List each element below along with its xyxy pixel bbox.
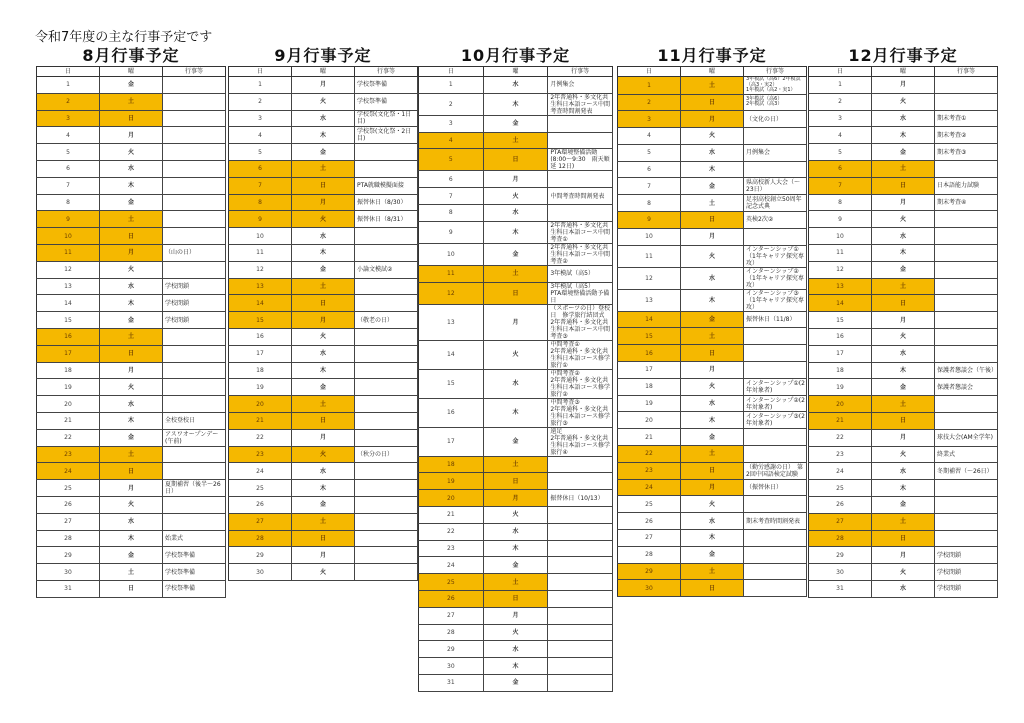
weekday-cell: 月 <box>292 429 355 446</box>
table-row: 19金 <box>229 379 418 396</box>
event-cell <box>548 590 613 607</box>
month-december: 12月行事予定 日 曜 行事等 1月2火3水期末考査①4木期末考査②5金期末考査… <box>808 46 998 598</box>
event-cell: PTA就職模擬面接 <box>355 177 418 194</box>
day-cell: 15 <box>229 312 292 329</box>
event-cell <box>548 540 613 557</box>
table-row: 17金遠足 2年普通科・多文化共生科日本語コース修学旅行④ <box>419 427 613 456</box>
weekday-cell: 木 <box>100 412 163 429</box>
event-cell: 遠足 2年普通科・多文化共生科日本語コース修学旅行④ <box>548 427 613 456</box>
table-row: 29水 <box>419 641 613 658</box>
weekday-cell: 月 <box>292 547 355 564</box>
table-row: 18木 <box>229 362 418 379</box>
weekday-cell: 木 <box>292 362 355 379</box>
event-cell: 学校閉鎖 <box>163 312 226 329</box>
table-row: 17水 <box>809 345 998 362</box>
day-cell: 17 <box>419 427 484 456</box>
day-cell: 10 <box>229 228 292 245</box>
event-cell <box>935 496 998 513</box>
weekday-cell: 土 <box>100 93 163 110</box>
column-header-dow: 曜 <box>100 67 163 77</box>
day-cell: 8 <box>229 194 292 211</box>
table-row: 30木 <box>419 658 613 675</box>
schedule-table: 日 曜 行事等 1土3年模試（高6）2年模試（高3・実2） 1年模試（高2・実1… <box>617 66 807 597</box>
weekday-cell: 水 <box>100 160 163 177</box>
event-cell <box>163 110 226 127</box>
table-row: 28火 <box>419 624 613 641</box>
table-row: 2火 <box>809 93 998 110</box>
weekday-cell: 日 <box>681 345 744 362</box>
table-row: 11木 <box>229 244 418 261</box>
table-row: 4木学校祭(文化祭・2日目) <box>229 127 418 144</box>
event-cell: 県高校新人大会（～23日） <box>744 178 807 195</box>
weekday-cell: 土 <box>100 564 163 581</box>
weekday-cell: 金 <box>872 144 935 161</box>
weekday-cell: 月 <box>681 479 744 496</box>
table-row: 17月 <box>618 362 807 379</box>
event-cell <box>163 160 226 177</box>
weekday-cell: 日 <box>681 94 744 111</box>
weekday-cell: 木 <box>100 295 163 312</box>
table-row: 16火 <box>809 328 998 345</box>
weekday-cell: 木 <box>292 480 355 497</box>
weekday-cell: 日 <box>100 345 163 362</box>
column-header-event: 行事等 <box>744 67 807 77</box>
day-cell: 16 <box>419 398 484 427</box>
event-cell <box>548 523 613 540</box>
day-cell: 12 <box>618 267 681 289</box>
weekday-cell: 水 <box>292 345 355 362</box>
day-cell: 15 <box>809 312 872 329</box>
table-row: 10水 <box>809 228 998 245</box>
day-cell: 27 <box>229 513 292 530</box>
table-row: 21金 <box>618 429 807 446</box>
event-cell: 3年模試（高6） 2年模試（高3） <box>744 94 807 111</box>
weekday-cell: 火 <box>100 261 163 278</box>
table-row: 9日英検2次② <box>618 212 807 229</box>
weekday-cell: 土 <box>681 195 744 212</box>
table-row: 6水 <box>37 160 226 177</box>
event-cell: 期末考査② <box>935 127 998 144</box>
weekday-cell: 木 <box>681 161 744 178</box>
event-cell <box>548 557 613 574</box>
event-cell <box>163 496 226 513</box>
event-cell: 期末考査④ <box>935 194 998 211</box>
event-cell: （秋分の日） <box>355 446 418 463</box>
day-cell: 20 <box>419 490 484 507</box>
day-cell: 12 <box>809 261 872 278</box>
table-row: 28木始業式 <box>37 530 226 547</box>
day-cell: 2 <box>809 93 872 110</box>
table-row: 16日 <box>618 345 807 362</box>
day-cell: 8 <box>809 194 872 211</box>
day-cell: 19 <box>618 395 681 412</box>
event-cell <box>935 480 998 497</box>
column-header-day: 日 <box>618 67 681 77</box>
day-cell: 2 <box>229 93 292 110</box>
day-cell: 1 <box>809 77 872 94</box>
day-cell: 21 <box>809 412 872 429</box>
table-row: 3水学校祭(文化祭・1日目) <box>229 110 418 127</box>
day-cell: 19 <box>809 379 872 396</box>
table-row: 26水期末考査時間割発表 <box>618 513 807 530</box>
weekday-cell: 金 <box>100 547 163 564</box>
table-row: 9火 <box>809 211 998 228</box>
weekday-cell: 金 <box>292 144 355 161</box>
weekday-cell: 木 <box>681 289 744 311</box>
day-cell: 7 <box>809 177 872 194</box>
event-cell <box>163 345 226 362</box>
weekday-cell: 火 <box>681 378 744 395</box>
weekday-cell: 水 <box>681 267 744 289</box>
day-cell: 28 <box>809 530 872 547</box>
event-cell <box>355 278 418 295</box>
weekday-cell: 水 <box>483 523 548 540</box>
column-header-event: 行事等 <box>355 67 418 77</box>
event-cell <box>355 463 418 480</box>
table-row: 25月夏期補習（後半～26日） <box>37 480 226 497</box>
day-cell: 30 <box>37 564 100 581</box>
day-cell: 3 <box>809 110 872 127</box>
event-cell <box>355 160 418 177</box>
table-row: 10日 <box>37 228 226 245</box>
day-cell: 6 <box>809 160 872 177</box>
weekday-cell: 月 <box>681 111 744 128</box>
weekday-cell: 木 <box>483 658 548 675</box>
event-cell <box>744 161 807 178</box>
table-row: 9火振替休日（8/31） <box>229 211 418 228</box>
table-row: 24水冬期補習（～26日） <box>809 463 998 480</box>
table-row: 16火 <box>229 328 418 345</box>
day-cell: 14 <box>37 295 100 312</box>
day-cell: 27 <box>618 530 681 547</box>
day-cell: 26 <box>37 496 100 513</box>
day-cell: 4 <box>809 127 872 144</box>
weekday-cell: 火 <box>483 624 548 641</box>
day-cell: 19 <box>229 379 292 396</box>
day-cell: 15 <box>419 369 484 398</box>
day-cell: 9 <box>229 211 292 228</box>
event-cell <box>744 446 807 463</box>
event-cell: （敬老の日） <box>355 312 418 329</box>
weekday-cell: 木 <box>100 530 163 547</box>
table-row: 8土足羽高校創立50周年記念式典 <box>618 195 807 212</box>
day-cell: 18 <box>618 378 681 395</box>
event-cell: 月例集会 <box>744 144 807 161</box>
day-cell: 12 <box>229 261 292 278</box>
table-row: 12水インターンシップ②（1年キャリア探究専攻） <box>618 267 807 289</box>
table-row: 5金期末考査③ <box>809 144 998 161</box>
table-row: 8月期末考査④ <box>809 194 998 211</box>
weekday-cell: 月 <box>872 429 935 446</box>
event-cell: 学校祭(文化祭・2日目) <box>355 127 418 144</box>
table-row: 15月（敬老の日） <box>229 312 418 329</box>
day-cell: 20 <box>618 412 681 429</box>
event-cell: 中間考査③ 2年普通科・多文化共生科日本語コース修学旅行③ <box>548 398 613 427</box>
day-cell: 25 <box>229 480 292 497</box>
weekday-cell: 土 <box>681 563 744 580</box>
day-cell: 25 <box>37 480 100 497</box>
day-cell: 5 <box>37 144 100 161</box>
day-cell: 11 <box>229 244 292 261</box>
weekday-cell: 金 <box>100 194 163 211</box>
weekday-cell: 月 <box>681 228 744 245</box>
table-row: 29月学校閉鎖 <box>809 547 998 564</box>
weekday-cell: 金 <box>292 496 355 513</box>
weekday-cell: 木 <box>872 362 935 379</box>
table-row: 25木 <box>809 480 998 497</box>
weekday-cell: 土 <box>100 328 163 345</box>
weekday-cell: 水 <box>483 77 548 94</box>
event-cell: 保護者懇談会 <box>935 379 998 396</box>
event-cell <box>163 396 226 413</box>
event-cell <box>355 480 418 497</box>
weekday-cell: 水 <box>872 228 935 245</box>
column-header-dow: 曜 <box>872 67 935 77</box>
weekday-cell: 金 <box>483 427 548 456</box>
weekday-cell: 木 <box>292 127 355 144</box>
weekday-cell: 月 <box>292 312 355 329</box>
event-cell: 始業式 <box>163 530 226 547</box>
day-cell: 22 <box>809 429 872 446</box>
day-cell: 22 <box>419 523 484 540</box>
weekday-cell: 日 <box>872 295 935 312</box>
weekday-cell: 火 <box>292 446 355 463</box>
weekday-cell: 月 <box>872 194 935 211</box>
table-row: 27土 <box>809 513 998 530</box>
event-cell <box>355 547 418 564</box>
table-row: 26日 <box>419 590 613 607</box>
table-row: 23日（勤労感謝の日） 第2回中国語検定試験 <box>618 462 807 479</box>
weekday-cell: 火 <box>872 446 935 463</box>
weekday-cell: 木 <box>483 93 548 115</box>
table-row: 14火中間考査① 2年普通科・多文化共生科日本語コース修学旅行① <box>419 340 613 369</box>
column-header-day: 日 <box>419 67 484 77</box>
event-cell <box>355 429 418 446</box>
event-cell <box>355 396 418 413</box>
day-cell: 10 <box>618 228 681 245</box>
weekday-cell: 火 <box>483 506 548 523</box>
event-cell <box>935 328 998 345</box>
day-cell: 23 <box>229 446 292 463</box>
weekday-cell: 水 <box>483 641 548 658</box>
table-row: 19金保護者懇談会 <box>809 379 998 396</box>
weekday-cell: 木 <box>681 530 744 547</box>
weekday-cell: 火 <box>292 93 355 110</box>
weekday-cell: 水 <box>872 463 935 480</box>
table-row: 22金アスワオープンデー(午前) <box>37 429 226 446</box>
day-cell: 17 <box>618 362 681 379</box>
day-cell: 28 <box>37 530 100 547</box>
day-cell: 7 <box>229 177 292 194</box>
weekday-cell: 金 <box>872 496 935 513</box>
table-row: 6土 <box>229 160 418 177</box>
table-row: 15月 <box>809 312 998 329</box>
day-cell: 21 <box>618 429 681 446</box>
column-header-day: 日 <box>37 67 100 77</box>
table-row: 27土 <box>229 513 418 530</box>
weekday-cell: 火 <box>872 328 935 345</box>
weekday-cell: 日 <box>100 110 163 127</box>
table-row: 8月振替休日（8/30） <box>229 194 418 211</box>
event-cell <box>548 607 613 624</box>
table-row: 16土 <box>37 328 226 345</box>
table-row: 15金学校閉鎖 <box>37 312 226 329</box>
column-header-event: 行事等 <box>935 67 998 77</box>
table-row: 11木 <box>809 244 998 261</box>
event-cell: 球技大会(AM全学年) <box>935 429 998 446</box>
day-cell: 3 <box>37 110 100 127</box>
day-cell: 29 <box>809 547 872 564</box>
day-cell: 2 <box>419 93 484 115</box>
event-cell <box>935 244 998 261</box>
event-cell: アスワオープンデー(午前) <box>163 429 226 446</box>
table-row: 11土3年模試（高5） <box>419 265 613 282</box>
table-row: 31水学校閉鎖 <box>809 580 998 597</box>
table-row: 1月学校祭準備 <box>229 77 418 94</box>
day-cell: 20 <box>37 396 100 413</box>
table-row: 13土 <box>809 278 998 295</box>
event-cell <box>548 204 613 221</box>
table-row: 9木2年普通科・多文化共生科日本語コース中間考査① <box>419 221 613 243</box>
weekday-cell: 金 <box>681 178 744 195</box>
day-cell: 13 <box>809 278 872 295</box>
weekday-cell: 日 <box>100 228 163 245</box>
table-row: 30火 <box>229 564 418 581</box>
event-cell: 2年普通科・多文化共生科日本語コース中間考査② <box>548 243 613 265</box>
weekday-cell: 水 <box>872 345 935 362</box>
table-row: 2木2年普通科・多文化共生科日本語コース中間考査時間割発表 <box>419 93 613 115</box>
event-cell: 中間考査時間割発表 <box>548 188 613 205</box>
table-row: 30火学校閉鎖 <box>809 564 998 581</box>
event-cell <box>355 496 418 513</box>
weekday-cell: 月 <box>100 127 163 144</box>
weekday-cell: 水 <box>681 513 744 530</box>
day-cell: 11 <box>809 244 872 261</box>
event-cell: 3年模試（高5） <box>548 265 613 282</box>
event-cell <box>163 211 226 228</box>
schedule-table: 日 曜 行事等 1金2土3日4月5火6水7木8金9土10日11月（山の日）12火… <box>36 66 226 598</box>
event-cell <box>935 295 998 312</box>
event-cell: 学校閉鎖 <box>163 278 226 295</box>
table-row: 18土 <box>419 456 613 473</box>
day-cell: 14 <box>809 295 872 312</box>
table-row: 22水 <box>419 523 613 540</box>
day-cell: 22 <box>37 429 100 446</box>
day-cell: 28 <box>229 530 292 547</box>
table-row: 6木 <box>618 161 807 178</box>
day-cell: 25 <box>419 574 484 591</box>
table-row: 5火 <box>37 144 226 161</box>
table-row: 6月 <box>419 171 613 188</box>
table-row: 4月 <box>37 127 226 144</box>
day-cell: 26 <box>419 590 484 607</box>
table-row: 22土 <box>618 446 807 463</box>
event-cell <box>548 171 613 188</box>
table-row: 14金振替休日（11/8） <box>618 311 807 328</box>
month-october: 10月行事予定 日 曜 行事等 1水月例集会2木2年普通科・多文化共生科日本語コ… <box>418 46 613 692</box>
weekday-cell: 火 <box>872 93 935 110</box>
event-cell: 保護者懇談会（午後） <box>935 362 998 379</box>
weekday-cell: 月 <box>483 490 548 507</box>
event-cell: （スポーツの日）登校日 修学旅行結団式 2年普通科・多文化共生科日本語コース中間… <box>548 304 613 340</box>
table-row: 8水 <box>419 204 613 221</box>
day-cell: 22 <box>229 429 292 446</box>
weekday-cell: 日 <box>483 473 548 490</box>
weekday-cell: 日 <box>292 295 355 312</box>
column-header-dow: 曜 <box>681 67 744 77</box>
weekday-cell: 金 <box>100 77 163 94</box>
day-cell: 27 <box>809 513 872 530</box>
weekday-cell: 月 <box>483 304 548 340</box>
table-row: 11月（山の日） <box>37 244 226 261</box>
day-cell: 22 <box>618 446 681 463</box>
event-cell: PTA環境整備活動(8:00～9:30 雨天順延 12日) <box>548 149 613 171</box>
event-cell <box>163 513 226 530</box>
day-cell: 30 <box>618 580 681 597</box>
day-cell: 9 <box>809 211 872 228</box>
weekday-cell: 日 <box>681 212 744 229</box>
day-cell: 2 <box>618 94 681 111</box>
table-row: 14日 <box>229 295 418 312</box>
day-cell: 13 <box>618 289 681 311</box>
table-row: 9土 <box>37 211 226 228</box>
table-row: 4火 <box>618 128 807 145</box>
table-row: 31金 <box>419 674 613 691</box>
table-row: 26金 <box>809 496 998 513</box>
table-row: 7火中間考査時間割発表 <box>419 188 613 205</box>
table-row: 23木 <box>419 540 613 557</box>
weekday-cell: 月 <box>292 77 355 94</box>
event-cell: 日本語能力試験 <box>935 177 998 194</box>
day-cell: 16 <box>37 328 100 345</box>
event-cell <box>163 328 226 345</box>
month-november: 11月行事予定 日 曜 行事等 1土3年模試（高6）2年模試（高3・実2） 1年… <box>617 46 807 597</box>
day-cell: 6 <box>229 160 292 177</box>
day-cell: 25 <box>809 480 872 497</box>
weekday-cell: 土 <box>483 132 548 149</box>
weekday-cell: 木 <box>872 244 935 261</box>
day-cell: 24 <box>37 463 100 480</box>
event-cell <box>163 228 226 245</box>
event-cell <box>163 127 226 144</box>
weekday-cell: 火 <box>100 144 163 161</box>
table-row: 22月 <box>229 429 418 446</box>
table-row: 7日日本語能力試験 <box>809 177 998 194</box>
table-row: 22月球技大会(AM全学年) <box>809 429 998 446</box>
table-row: 31日学校祭準備 <box>37 580 226 597</box>
day-cell: 29 <box>618 563 681 580</box>
weekday-cell: 水 <box>483 369 548 398</box>
table-row: 19日 <box>419 473 613 490</box>
day-cell: 8 <box>618 195 681 212</box>
event-cell: 冬期補習（～26日） <box>935 463 998 480</box>
day-cell: 8 <box>419 204 484 221</box>
table-row: 7木 <box>37 177 226 194</box>
day-cell: 29 <box>419 641 484 658</box>
day-cell: 1 <box>618 77 681 95</box>
weekday-cell: 土 <box>872 278 935 295</box>
table-row: 24日 <box>37 463 226 480</box>
event-cell <box>355 513 418 530</box>
weekday-cell: 土 <box>292 160 355 177</box>
weekday-cell: 木 <box>483 221 548 243</box>
weekday-cell: 火 <box>483 188 548 205</box>
day-cell: 24 <box>618 479 681 496</box>
day-cell: 20 <box>229 396 292 413</box>
weekday-cell: 月 <box>100 480 163 497</box>
day-cell: 18 <box>809 362 872 379</box>
table-row: 2日3年模試（高6） 2年模試（高3） <box>618 94 807 111</box>
